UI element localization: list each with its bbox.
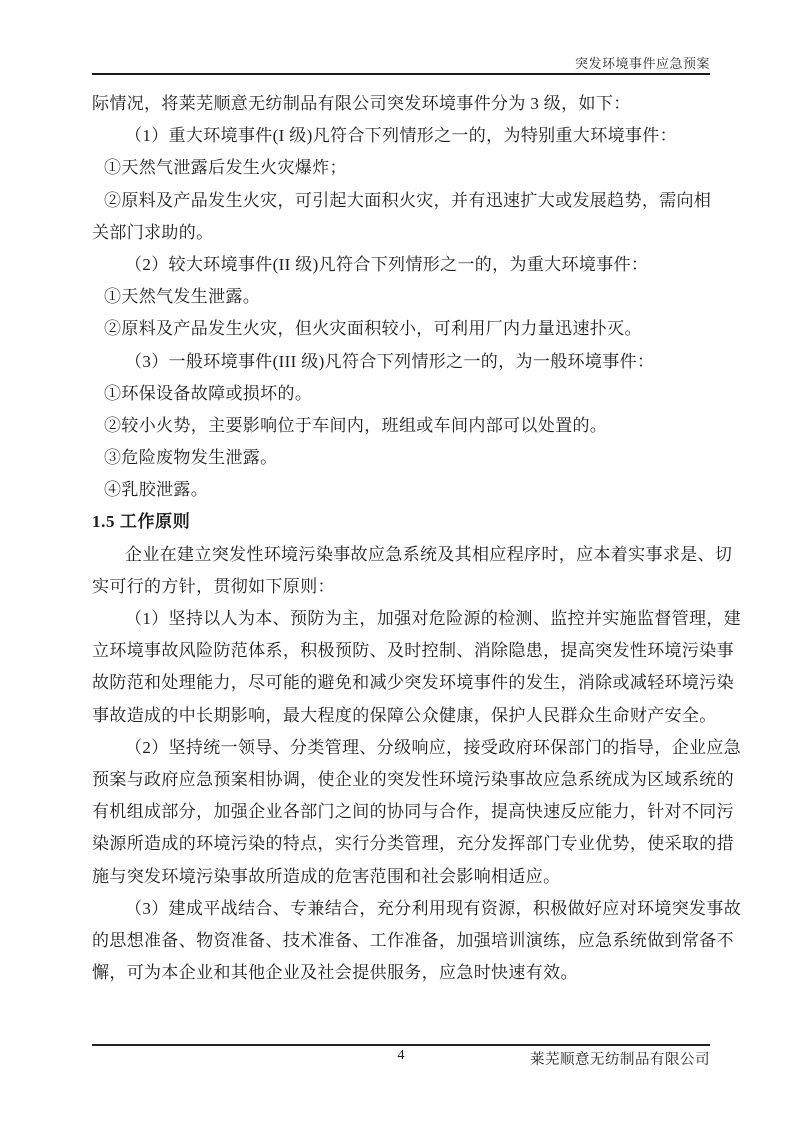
page-footer: 4 莱芜顺意无纺制品有限公司: [92, 1048, 710, 1068]
text-line: （3）一般环境事件(III 级)凡符合下列情形之一的，为一般环境事件：: [92, 346, 712, 378]
footer-company: 莱芜顺意无纺制品有限公司: [530, 1048, 710, 1069]
text-line: ③危险废物发生泄露。: [92, 442, 712, 474]
text-line: 故防范和处理能力，尽可能的避免和减少突发环境事件的发生，消除或减轻环境污染: [92, 667, 712, 699]
text-line: 的思想准备、物资准备、技术准备、工作准备，加强培训演练，应急系统做到常备不: [92, 925, 712, 957]
text-line: （3）建成平战结合、专兼结合，充分利用现有资源，积极做好应对环境突发事故: [92, 893, 712, 925]
footer-rule: [92, 1044, 710, 1046]
text-line: （1）重大环境事件(I 级)凡符合下列情形之一的，为特别重大环境事件：: [92, 120, 712, 152]
text-line: ②较小火势，主要影响位于车间内，班组或车间内部可以处置的。: [92, 410, 712, 442]
text-line: 企业在建立突发性环境污染事故应急系统及其相应程序时，应本着实事求是、切: [92, 539, 712, 571]
text-line: ④乳胶泄露。: [92, 474, 712, 506]
text-line: ①天然气发生泄露。: [92, 281, 712, 313]
text-line: 染源所造成的环境污染的特点，实行分类管理，充分发挥部门专业优势，使采取的措: [92, 828, 712, 860]
text-line: ②原料及产品发生火灾，可引起大面积火灾，并有迅速扩大或发展趋势，需向相: [92, 185, 712, 217]
document-page: 突发环境事件应急预案 际情况，将莱芜顺意无纺制品有限公司突发环境事件分为 3 级…: [0, 0, 800, 1131]
text-line: 事故造成的中长期影响，最大程度的保障公众健康，保护人民群众生命财产安全。: [92, 700, 712, 732]
text-line: 立环境事故风险防范体系，积极预防、及时控制、消除隐患，提高突发性环境污染事: [92, 635, 712, 667]
text-line: 懈，可为本企业和其他企业及社会提供服务，应急时快速有效。: [92, 957, 712, 989]
text-line: ②原料及产品发生火灾，但火灾面积较小，可利用厂内力量迅速扑灭。: [92, 313, 712, 345]
text-line: 实可行的方针，贯彻如下原则：: [92, 571, 712, 603]
text-line: 施与突发环境污染事故所造成的危害范围和社会影响相适应。: [92, 861, 712, 893]
header-rule: [92, 73, 710, 75]
text-line: 际情况，将莱芜顺意无纺制品有限公司突发环境事件分为 3 级，如下：: [92, 88, 712, 120]
document-body: 际情况，将莱芜顺意无纺制品有限公司突发环境事件分为 3 级，如下：（1）重大环境…: [92, 88, 712, 989]
text-line: （2）较大环境事件(II 级)凡符合下列情形之一的，为重大环境事件：: [92, 249, 712, 281]
text-line: 关部门求助的。: [92, 217, 712, 249]
text-line: ①环保设备故障或损坏的。: [92, 378, 712, 410]
text-line: 有机组成部分，加强企业各部门之间的协同与合作，提高快速反应能力，针对不同污: [92, 796, 712, 828]
text-line: （2）坚持统一领导、分类管理、分级响应，接受政府环保部门的指导，企业应急: [92, 732, 712, 764]
header-title: 突发环境事件应急预案: [92, 53, 710, 72]
text-line: （1）坚持以人为本、预防为主，加强对危险源的检测、监控并实施监督管理，建: [92, 603, 712, 635]
section-heading: 1.5 工作原则: [92, 506, 712, 538]
text-line: ①天然气泄露后发生火灾爆炸；: [92, 152, 712, 184]
text-line: 预案与政府应急预案相协调，使企业的突发性环境污染事故应急系统成为区域系统的: [92, 764, 712, 796]
